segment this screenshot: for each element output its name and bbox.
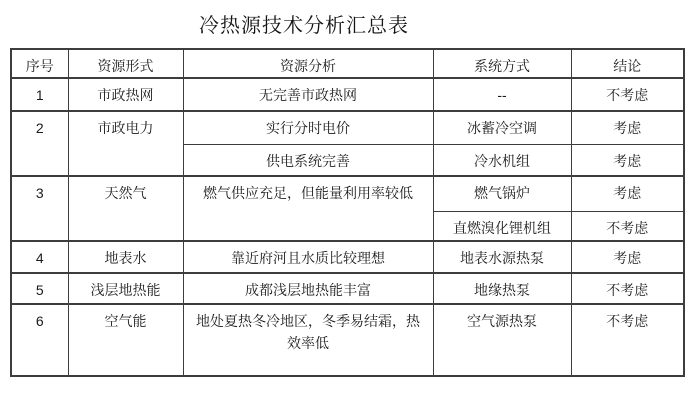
table-row: 5 浅层地热能 成都浅层地热能丰富 地缘热泵 不考虑 bbox=[11, 273, 684, 304]
cell-resource-analysis: 成都浅层地热能丰富 bbox=[183, 273, 433, 304]
cell-resource-analysis: 无完善市政热网 bbox=[183, 78, 433, 111]
column-header-resource-analysis: 资源分析 bbox=[183, 49, 433, 78]
cell-system-mode: 燃气锅炉 bbox=[433, 176, 571, 211]
cell-conclusion: 考虑 bbox=[571, 144, 684, 176]
cell-index: 1 bbox=[11, 78, 68, 111]
cell-system-mode: 冷水机组 bbox=[433, 144, 571, 176]
column-header-resource-form: 资源形式 bbox=[68, 49, 183, 78]
cell-conclusion: 不考虑 bbox=[571, 211, 684, 241]
cell-resource-form: 地表水 bbox=[68, 241, 183, 273]
cell-resource-form: 浅层地热能 bbox=[68, 273, 183, 304]
cell-resource-analysis: 燃气供应充足，但能量利用率较低 bbox=[183, 176, 433, 241]
cell-conclusion: 不考虑 bbox=[571, 273, 684, 304]
header-row: 序号 资源形式 资源分析 系统方式 结论 bbox=[11, 49, 684, 78]
column-header-index: 序号 bbox=[11, 49, 68, 78]
cell-index: 4 bbox=[11, 241, 68, 273]
column-header-system-mode: 系统方式 bbox=[433, 49, 571, 78]
cell-resource-analysis: 靠近府河且水质比较理想 bbox=[183, 241, 433, 273]
cell-conclusion: 不考虑 bbox=[571, 78, 684, 111]
cell-resource-form: 空气能 bbox=[68, 304, 183, 376]
cell-system-mode: -- bbox=[433, 78, 571, 111]
cell-conclusion: 不考虑 bbox=[571, 304, 684, 376]
table-row: 1 市政热网 无完善市政热网 -- 不考虑 bbox=[11, 78, 684, 111]
cell-resource-analysis: 地处夏热冬冷地区，冬季易结霜，热效率低 bbox=[183, 304, 433, 376]
table-row: 4 地表水 靠近府河且水质比较理想 地表水源热泵 考虑 bbox=[11, 241, 684, 273]
cell-resource-analysis: 实行分时电价 bbox=[183, 111, 433, 144]
column-header-conclusion: 结论 bbox=[571, 49, 684, 78]
cell-system-mode: 直燃溴化锂机组 bbox=[433, 211, 571, 241]
cell-system-mode: 地表水源热泵 bbox=[433, 241, 571, 273]
cell-system-mode: 地缘热泵 bbox=[433, 273, 571, 304]
cell-conclusion: 考虑 bbox=[571, 176, 684, 211]
cell-index: 5 bbox=[11, 273, 68, 304]
cell-resource-analysis: 供电系统完善 bbox=[183, 144, 433, 176]
cell-resource-form: 天然气 bbox=[68, 176, 183, 241]
table-row: 2 市政电力 实行分时电价 冰蓄冷空调 考虑 bbox=[11, 111, 684, 144]
cell-system-mode: 冰蓄冷空调 bbox=[433, 111, 571, 144]
cell-system-mode: 空气源热泵 bbox=[433, 304, 571, 376]
page-title: 冷热源技术分析汇总表 bbox=[0, 13, 608, 39]
cell-conclusion: 考虑 bbox=[571, 241, 684, 273]
cell-index: 3 bbox=[11, 176, 68, 241]
cell-resource-form: 市政热网 bbox=[68, 78, 183, 111]
table-row: 6 空气能 地处夏热冬冷地区，冬季易结霜，热效率低 空气源热泵 不考虑 bbox=[11, 304, 684, 376]
cell-conclusion: 考虑 bbox=[571, 111, 684, 144]
cell-index: 2 bbox=[11, 111, 68, 176]
table-row: 3 天然气 燃气供应充足，但能量利用率较低 燃气锅炉 考虑 bbox=[11, 176, 684, 211]
cell-resource-form: 市政电力 bbox=[68, 111, 183, 176]
cell-index: 6 bbox=[11, 304, 68, 376]
analysis-summary-table: 序号 资源形式 资源分析 系统方式 结论 1 市政热网 无完善市政热网 -- 不… bbox=[10, 48, 685, 377]
